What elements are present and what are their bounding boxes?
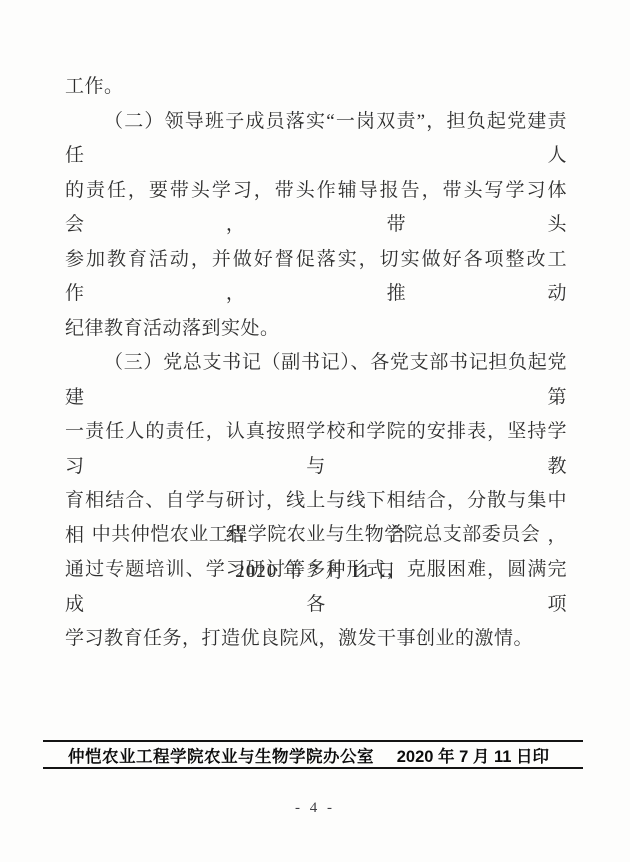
document-page: 工作。 （二）领导班子成员落实“一岗双责”，担负起党建责任人 的责任，要带头学习…	[0, 0, 630, 862]
body-line: 纪律教育活动落到实处。	[65, 312, 567, 347]
body-line: 一责任人的责任，认真按照学校和学院的安排表，坚持学习与教	[65, 415, 567, 484]
signature-block: 中共仲恺农业工程学院农业与生物学院总支部委员会 2020 年 7 月 11 日	[65, 516, 567, 590]
page-number: - 4 -	[0, 800, 630, 817]
body-line: 工作。	[65, 70, 567, 105]
footer-print-date: 2020 年 7 月 11 日印	[397, 743, 549, 767]
body-line: （三）党总支书记（副书记）、各党支部书记担负起党建第	[65, 346, 567, 415]
signature-date: 2020 年 7 月 11 日	[65, 553, 567, 590]
body-line: （二）领导班子成员落实“一岗双责”，担负起党建责任人	[65, 105, 567, 174]
signature-organization: 中共仲恺农业工程学院农业与生物学院总支部委员会	[65, 516, 567, 553]
footer-office-name: 仲恺农业工程学院农业与生物学院办公室	[68, 743, 374, 767]
body-line: 学习教育任务，打造优良院风，激发干事创业的激情。	[65, 622, 567, 657]
body-line: 的责任，要带头学习，带头作辅导报告，带头写学习体会，带头	[65, 174, 567, 243]
body-line: 参加教育活动，并做好督促落实，切实做好各项整改工作，推动	[65, 243, 567, 312]
footer-imprint-box: 仲恺农业工程学院农业与生物学院办公室 2020 年 7 月 11 日印	[43, 740, 583, 769]
